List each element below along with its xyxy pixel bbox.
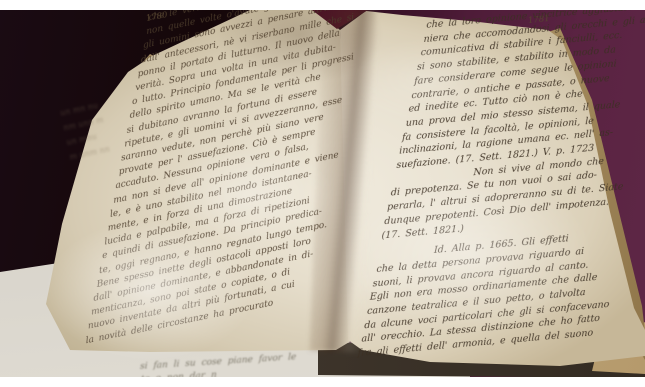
letterbox-bar-bottom	[0, 377, 645, 387]
manuscript-photo: si fan li su cose piane favor le te o no…	[0, 0, 645, 387]
letterbox-bar-top	[0, 0, 645, 10]
